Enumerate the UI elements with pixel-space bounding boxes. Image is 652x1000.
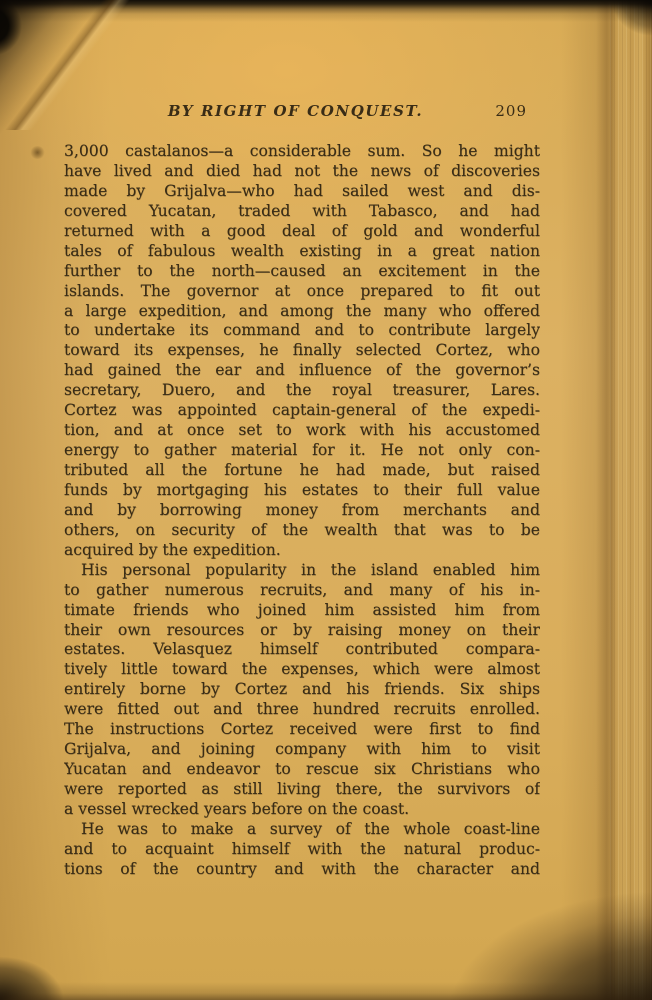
- text-line: 3,000 castalanos—a considerable sum. So …: [64, 142, 540, 162]
- text-line: The instructions Cortez received were fi…: [64, 720, 540, 740]
- text-line: islands. The governor at once prepared t…: [64, 282, 540, 302]
- paragraph: 3,000 castalanos—a considerable sum. So …: [64, 142, 540, 561]
- text-line: His personal popularity in the island en…: [64, 561, 540, 581]
- text-line: He was to make a survey of the whole coa…: [64, 820, 540, 840]
- text-line: and to acquaint himself with the natural…: [64, 840, 540, 860]
- text-line: secretary, Duero, and the royal treasure…: [64, 381, 540, 401]
- text-line: a large expedition, and among the many w…: [64, 302, 540, 322]
- paragraph: He was to make a survey of the whole coa…: [64, 820, 540, 880]
- text-line: Cortez was appointed captain-general of …: [64, 401, 540, 421]
- running-header: BY RIGHT OF CONQUEST. 209: [64, 102, 527, 122]
- text-line: a vessel wrecked years before on the coa…: [64, 800, 540, 820]
- text-line: Yucatan and endeavor to rescue six Chris…: [64, 760, 540, 780]
- ink-stain: [30, 146, 45, 159]
- text-line: others, on security of the wealth that w…: [64, 521, 540, 541]
- paragraph: His personal popularity in the island en…: [64, 561, 540, 820]
- text-line: to gather numerous recruits, and many of…: [64, 581, 540, 601]
- text-line: estates. Velasquez himself contributed c…: [64, 640, 540, 660]
- text-line: had gained the ear and influence of the …: [64, 361, 540, 381]
- text-line: returned with a good deal of gold and wo…: [64, 222, 540, 242]
- page-number: 209: [495, 102, 527, 120]
- top-right-corner-shadow: [598, 0, 652, 64]
- text-line: tions of the country and with the charac…: [64, 860, 540, 880]
- text-line: tion, and at once set to work with his a…: [64, 421, 540, 441]
- book-page-scan: BY RIGHT OF CONQUEST. 209 3,000 castalan…: [0, 0, 652, 1000]
- bottom-edge-shadow: [0, 982, 652, 1000]
- text-line: tributed all the fortune he had made, bu…: [64, 461, 540, 481]
- text-line: their own resources or by raising money …: [64, 621, 540, 641]
- text-line: acquired by the expedition.: [64, 541, 540, 561]
- text-line: covered Yucatan, traded with Tabasco, an…: [64, 202, 540, 222]
- text-line: were reported as still living there, the…: [64, 780, 540, 800]
- text-line: Grijalva, and joining company with him t…: [64, 740, 540, 760]
- text-line: funds by mortgaging his estates to their…: [64, 481, 540, 501]
- text-line: further to the north—caused an excitemen…: [64, 262, 540, 282]
- book-title-running-head: BY RIGHT OF CONQUEST.: [64, 102, 527, 120]
- text-line: to undertake its command and to contribu…: [64, 321, 540, 341]
- text-line: energy to gather material for it. He not…: [64, 441, 540, 461]
- text-line: tively little toward the expenses, which…: [64, 660, 540, 680]
- text-line: entirely borne by Cortez and his friends…: [64, 680, 540, 700]
- text-line: and by borrowing money from merchants an…: [64, 501, 540, 521]
- text-line: were fitted out and three hundred recrui…: [64, 700, 540, 720]
- text-block: 3,000 castalanos—a considerable sum. So …: [64, 142, 540, 880]
- text-line: have lived and died had not the news of …: [64, 162, 540, 182]
- text-line: tales of fabulous wealth existing in a g…: [64, 242, 540, 262]
- text-line: timate friends who joined him assisted h…: [64, 601, 540, 621]
- text-line: toward its expenses, he finally selected…: [64, 341, 540, 361]
- text-line: made by Grijalva—who had sailed west and…: [64, 182, 540, 202]
